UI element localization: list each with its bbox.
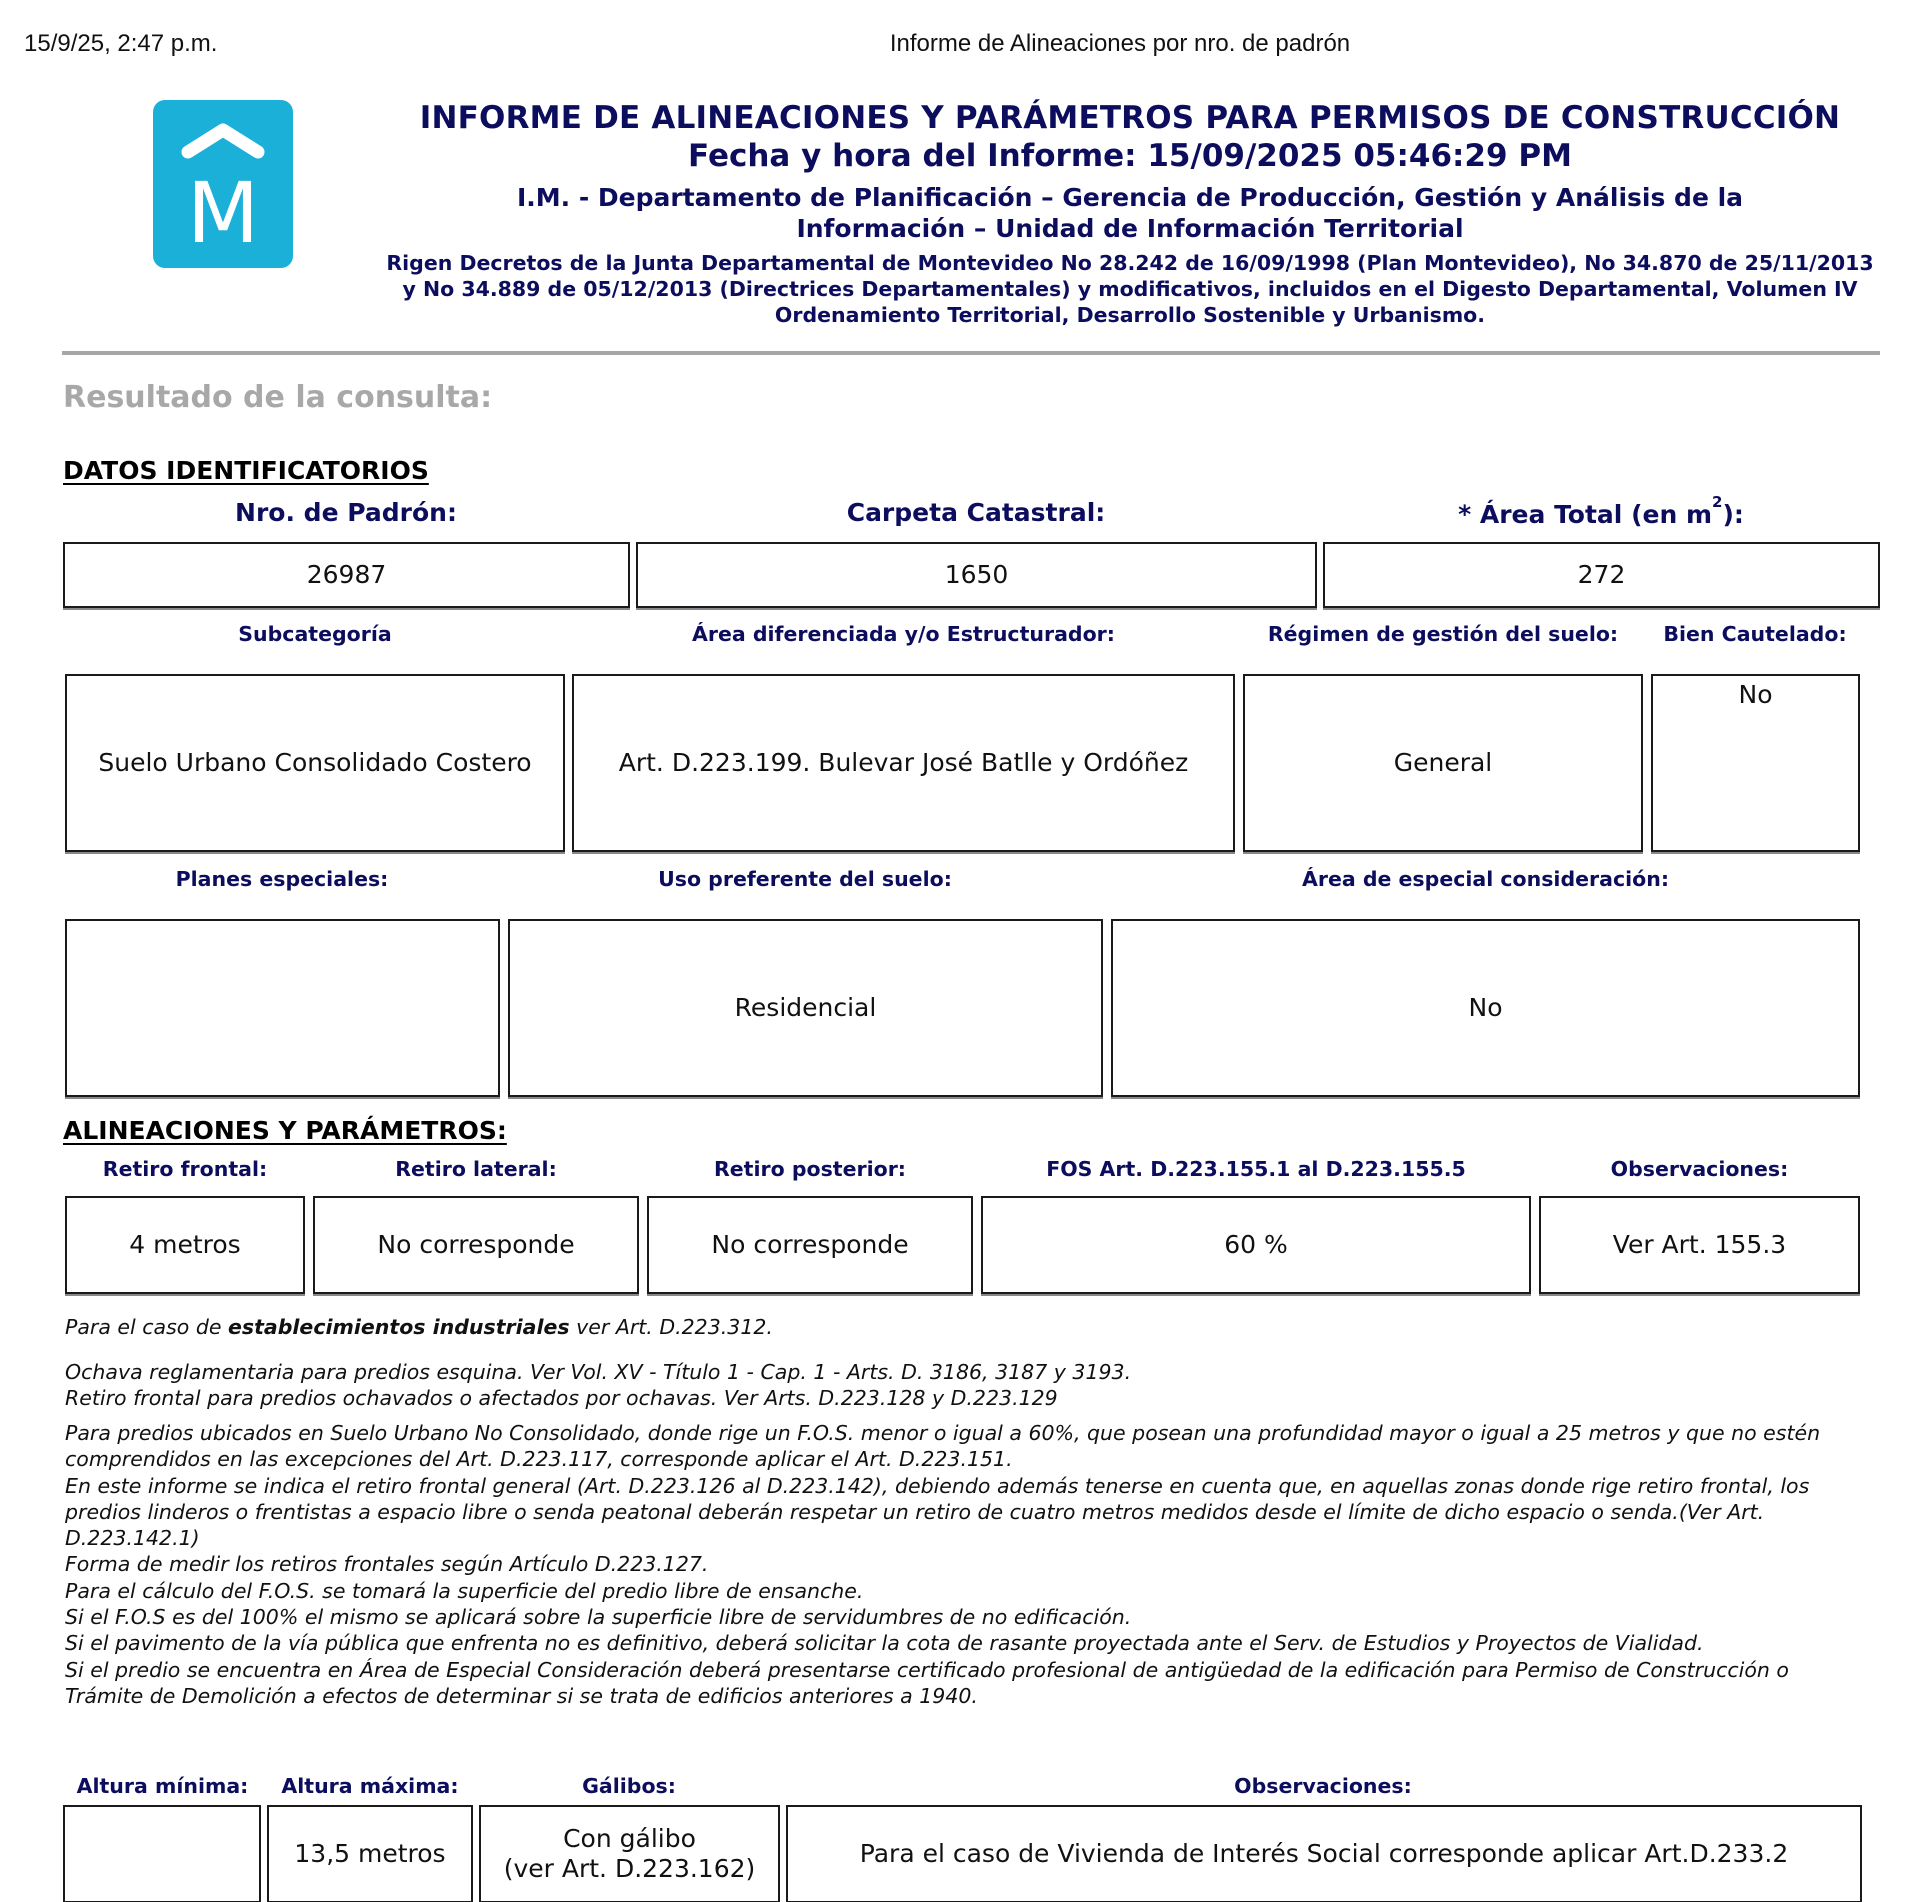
note-line: Para predios ubicados en Suelo Urbano No…	[65, 1420, 1865, 1473]
note-line: Forma de medir los retiros frontales seg…	[65, 1551, 1865, 1577]
retiro-lateral-value: No corresponde	[313, 1196, 639, 1294]
padron-label: Nro. de Padrón:	[63, 498, 629, 527]
uso-preferente-value: Residencial	[508, 919, 1103, 1097]
retiro-posterior-label: Retiro posterior:	[647, 1157, 973, 1181]
altura-maxima-label: Altura máxima:	[267, 1774, 473, 1798]
observaciones-heights-value: Para el caso de Vivienda de Interés Soci…	[786, 1805, 1862, 1902]
subcategoria-label: Subcategoría	[65, 622, 565, 646]
area-diferenciada-value: Art. D.223.199. Bulevar José Batlle y Or…	[572, 674, 1235, 852]
header-divider	[62, 351, 1880, 355]
observaciones-alignment-label: Observaciones:	[1539, 1157, 1860, 1181]
retiro-frontal-value: 4 metros	[65, 1196, 305, 1294]
subcategoria-value: Suelo Urbano Consolidado Costero	[65, 674, 565, 852]
retiro-frontal-label: Retiro frontal:	[65, 1157, 305, 1181]
altura-minima-label: Altura mínima:	[65, 1774, 260, 1798]
industrial-note: Para el caso de establecimientos industr…	[65, 1314, 1865, 1340]
retiro-lateral-label: Retiro lateral:	[313, 1157, 639, 1181]
planes-especiales-value	[65, 919, 500, 1097]
department-line: I.M. - Departamento de Planificación – G…	[380, 182, 1880, 244]
altura-maxima-value: 13,5 metros	[267, 1805, 473, 1902]
report-datetime-value: 15/09/2025 05:46:29 PM	[1147, 138, 1572, 174]
carpeta-value: 1650	[636, 542, 1317, 608]
planes-especiales-label: Planes especiales:	[65, 867, 499, 891]
note-line: En este informe se indica el retiro fron…	[65, 1473, 1865, 1552]
decrees-line: Rigen Decretos de la Junta Departamental…	[380, 250, 1880, 328]
area-total-label: * Área Total (en m2):	[1323, 500, 1879, 529]
regimen-label: Régimen de gestión del suelo:	[1243, 622, 1643, 646]
identification-section-title: DATOS IDENTIFICATORIOS	[63, 456, 429, 485]
note-line: Si el predio se encuentra en Área de Esp…	[65, 1657, 1865, 1710]
note-line: Para el cálculo del F.O.S. se tomará la …	[65, 1578, 1865, 1604]
result-title: Resultado de la consulta:	[63, 380, 492, 415]
retiro-posterior-value: No corresponde	[647, 1196, 973, 1294]
fos-value: 60 %	[981, 1196, 1531, 1294]
retiro-ochava-note: Retiro frontal para predios ochavados o …	[65, 1385, 1865, 1411]
intendencia-logo-icon: M	[153, 100, 293, 268]
uso-preferente-label: Uso preferente del suelo:	[508, 867, 1102, 891]
fos-label: FOS Art. D.223.155.1 al D.223.155.5	[981, 1157, 1531, 1181]
print-page-title: Informe de Alineaciones por nro. de padr…	[890, 30, 1350, 57]
ochava-notes: Ochava reglamentaria para predios esquin…	[65, 1359, 1865, 1412]
observaciones-heights-label: Observaciones:	[786, 1774, 1860, 1798]
padron-value: 26987	[63, 542, 630, 608]
report-title: INFORME DE ALINEACIONES Y PARÁMETROS PAR…	[380, 100, 1880, 136]
general-notes: Para predios ubicados en Suelo Urbano No…	[65, 1420, 1865, 1709]
note-line: Si el pavimento de la vía pública que en…	[65, 1630, 1865, 1656]
alignments-section-title: ALINEACIONES Y PARÁMETROS:	[63, 1116, 507, 1145]
bien-cautelado-label: Bien Cautelado:	[1650, 622, 1860, 646]
area-diferenciada-label: Área diferenciada y/o Estructurador:	[572, 622, 1235, 646]
area-especial-label: Área de especial consideración:	[1111, 867, 1860, 891]
galibos-value: Con gálibo (ver Art. D.223.162)	[479, 1805, 780, 1902]
carpeta-label: Carpeta Catastral:	[636, 498, 1316, 527]
svg-text:M: M	[187, 164, 259, 262]
note-line: Si el F.O.S es del 100% el mismo se apli…	[65, 1604, 1865, 1630]
report-datetime: Fecha y hora del Informe: 15/09/2025 05:…	[380, 138, 1880, 174]
area-especial-value: No	[1111, 919, 1860, 1097]
galibos-label: Gálibos:	[479, 1774, 779, 1798]
altura-minima-value	[63, 1805, 261, 1902]
ochava-note: Ochava reglamentaria para predios esquin…	[65, 1359, 1865, 1385]
bien-cautelado-value: No	[1651, 674, 1860, 852]
area-total-value: 272	[1323, 542, 1880, 608]
observaciones-alignment-value: Ver Art. 155.3	[1539, 1196, 1860, 1294]
regimen-value: General	[1243, 674, 1643, 852]
print-header: 15/9/25, 2:47 p.m. Informe de Alineacion…	[0, 30, 1920, 60]
